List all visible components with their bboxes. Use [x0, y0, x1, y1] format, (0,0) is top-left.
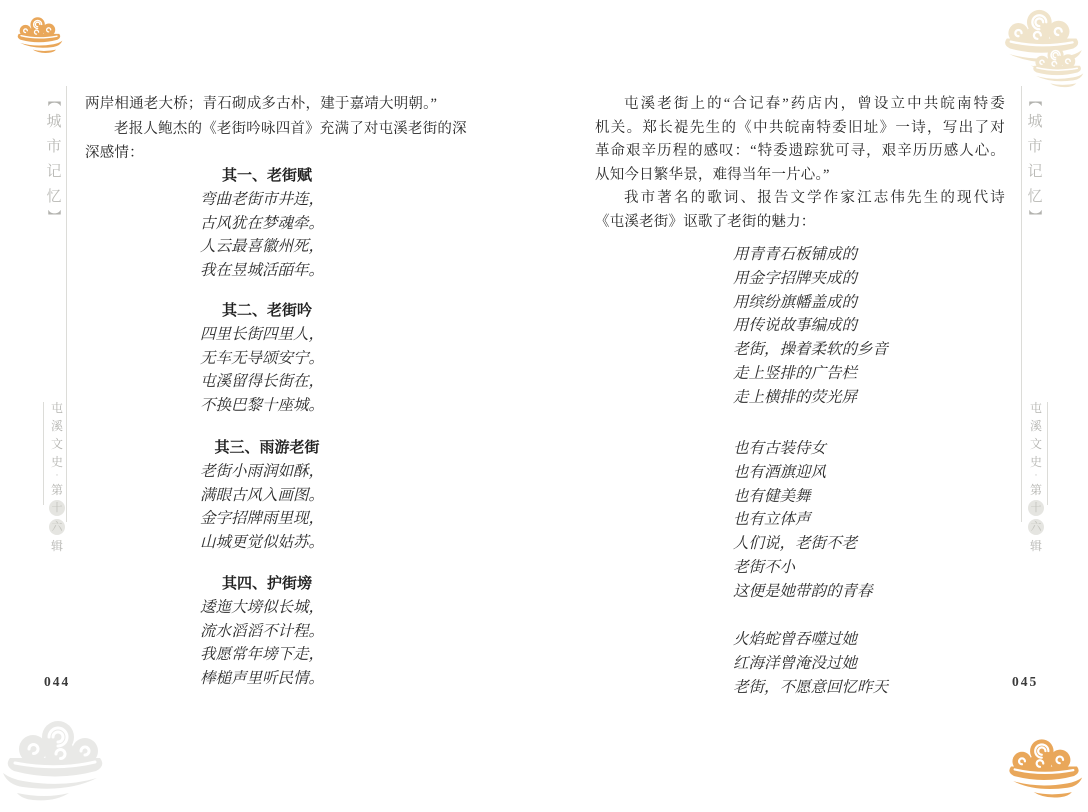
- stanza-4: 其四、护街塝 逶迤大塝似长城， 流水滔滔不计程。 我愿常年塝下走， 棒槌声里听民…: [200, 571, 334, 690]
- poem-line: 弯曲老街市井连，: [200, 188, 334, 212]
- left-series-title: 【 城 市 记 忆 】: [45, 94, 63, 222]
- stanza-heading: 其一、老街赋: [200, 163, 334, 188]
- stanza-heading: 其二、老街吟: [200, 298, 334, 323]
- right-page-intro: 屯溪老街上的“合记春”药店内，曾设立中共皖南特委 机关。郑长褆先生的《中共皖南特…: [595, 93, 1005, 234]
- poem-line: 满眼古风入画图。: [200, 484, 334, 508]
- left-margin-rule: [66, 86, 67, 522]
- poem-line: 火焰蛇曾吞噬过她: [733, 628, 888, 652]
- poem-line: 用缤纷旗幡盖成的: [733, 291, 888, 315]
- left-volume-title: 屯 溪 文 史 · 第 十 六 辑: [49, 399, 65, 554]
- modern-poem-stanza-2: 也有古装侍女 也有酒旗迎风 也有健美舞 也有立体声 人们说，老街不老 老街不小 …: [733, 437, 873, 604]
- poem-line: 屯溪留得长街在，: [200, 370, 334, 394]
- volume-number-badge: 十: [1028, 500, 1044, 516]
- poem-line: 走上竖排的广告栏: [733, 362, 888, 386]
- intro-line: 老报人鲍杰的《老街吟咏四首》充满了对屯溪老街的深: [85, 117, 530, 142]
- intro-line: 我市著名的歌词、报告文学作家江志伟先生的现代诗: [595, 187, 1005, 211]
- poem-line: 用传说故事编成的: [733, 314, 888, 338]
- poem-line: 也有酒旗迎风: [733, 461, 873, 485]
- right-margin-rule: [1021, 86, 1022, 522]
- poem-line: 走上横排的荧光屏: [733, 386, 888, 410]
- stanza-3: 其三、雨游老街 老街小雨润如酥， 满眼古风入画图。 金字招牌雨里现， 山城更觉似…: [200, 435, 334, 554]
- poem-line: 我愿常年塝下走，: [200, 643, 334, 667]
- intro-line: 机关。郑长褆先生的《中共皖南特委旧址》一诗，写出了对: [595, 117, 1005, 141]
- cloud-motif-top-left: [12, 10, 66, 56]
- poem-line: 也有古装侍女: [733, 437, 873, 461]
- stanza-1: 其一、老街赋 弯曲老街市井连， 古风犹在梦魂牵。 人云最喜徽州死， 我在昱城活皕…: [200, 163, 334, 282]
- series-bracket-open: 【: [48, 93, 60, 106]
- page-number-right: 045: [1012, 674, 1038, 690]
- series-bracket-close: 】: [48, 209, 60, 222]
- poem-line: 棒槌声里听民情。: [200, 667, 334, 691]
- poem-line: 四里长街四里人，: [200, 323, 334, 347]
- poem-line: 人们说，老街不老: [733, 532, 873, 556]
- poem-line: 无车无导颂安宁。: [200, 347, 334, 371]
- poem-line: 老街小雨润如酥，: [200, 460, 334, 484]
- stanza-heading: 其四、护街塝: [200, 571, 334, 596]
- poem-line: 也有立体声: [733, 508, 873, 532]
- poem-line: 金字招牌雨里现，: [200, 507, 334, 531]
- right-volume-rule: [1047, 402, 1048, 505]
- poem-line: 老街，不愿意回忆昨天: [733, 676, 888, 700]
- page-number-left: 044: [44, 674, 70, 690]
- poem-line: 流水滔滔不计程。: [200, 620, 334, 644]
- volume-number-badge: 六: [49, 519, 65, 535]
- cloud-motif-top-right: [986, 0, 1088, 94]
- poem-line: 逶迤大塝似长城，: [200, 596, 334, 620]
- poem-line: 我在昱城活皕年。: [200, 259, 334, 283]
- cloud-motif-bottom-left: [0, 710, 116, 802]
- right-series-title: 【 城 市 记 忆 】: [1026, 94, 1044, 222]
- poem-line: 这便是她带韵的青春: [733, 580, 873, 604]
- intro-line: 革命艰辛历程的感叹：“特委遗踪犹可寻，艰辛历历感人心。: [595, 140, 1005, 164]
- right-volume-title: 屯 溪 文 史 · 第 十 六 辑: [1028, 399, 1044, 554]
- stanza-heading: 其三、雨游老街: [200, 435, 334, 460]
- poem-line: 不换巴黎十座城。: [200, 394, 334, 418]
- poem-line: 人云最喜徽州死，: [200, 235, 334, 259]
- intro-line: 从知今日繁华景，难得当年一片心。”: [595, 164, 1005, 188]
- intro-line: 深感情：: [85, 141, 530, 166]
- volume-number-badge: 六: [1028, 519, 1044, 535]
- modern-poem-stanza-1: 用青青石板铺成的 用金字招牌夹成的 用缤纷旗幡盖成的 用传说故事编成的 老街，操…: [733, 243, 888, 410]
- poem-line: 古风犹在梦魂牵。: [200, 212, 334, 236]
- left-volume-rule: [43, 402, 44, 505]
- intro-line: 《屯溪老街》讴歌了老街的魅力：: [595, 211, 1005, 235]
- book-spread: 【 城 市 记 忆 】 屯 溪 文 史 · 第 十 六 辑 【 城 市 记 忆 …: [0, 0, 1088, 812]
- left-page-intro: 两岸相通老大桥；青石砌成多古朴，建于嘉靖大明朝。” 老报人鲍杰的《老街吟咏四首》…: [85, 92, 530, 166]
- stanza-2: 其二、老街吟 四里长街四里人， 无车无导颂安宁。 屯溪留得长街在， 不换巴黎十座…: [200, 298, 334, 417]
- poem-line: 也有健美舞: [733, 485, 873, 509]
- poem-line: 用金字招牌夹成的: [733, 267, 888, 291]
- poem-line: 老街，操着柔软的乡音: [733, 338, 888, 362]
- poem-line: 山城更觉似姑苏。: [200, 531, 334, 555]
- volume-number-badge: 十: [49, 500, 65, 516]
- poem-line: 老街不小: [733, 556, 873, 580]
- cloud-motif-bottom-right: [1000, 730, 1088, 800]
- modern-poem-stanza-3: 火焰蛇曾吞噬过她 红海洋曾淹没过她 老街，不愿意回忆昨天: [733, 628, 888, 699]
- poem-line: 用青青石板铺成的: [733, 243, 888, 267]
- intro-line: 屯溪老街上的“合记春”药店内，曾设立中共皖南特委: [595, 93, 1005, 117]
- poem-line: 红海洋曾淹没过她: [733, 652, 888, 676]
- intro-line: 两岸相通老大桥；青石砌成多古朴，建于嘉靖大明朝。”: [85, 92, 530, 117]
